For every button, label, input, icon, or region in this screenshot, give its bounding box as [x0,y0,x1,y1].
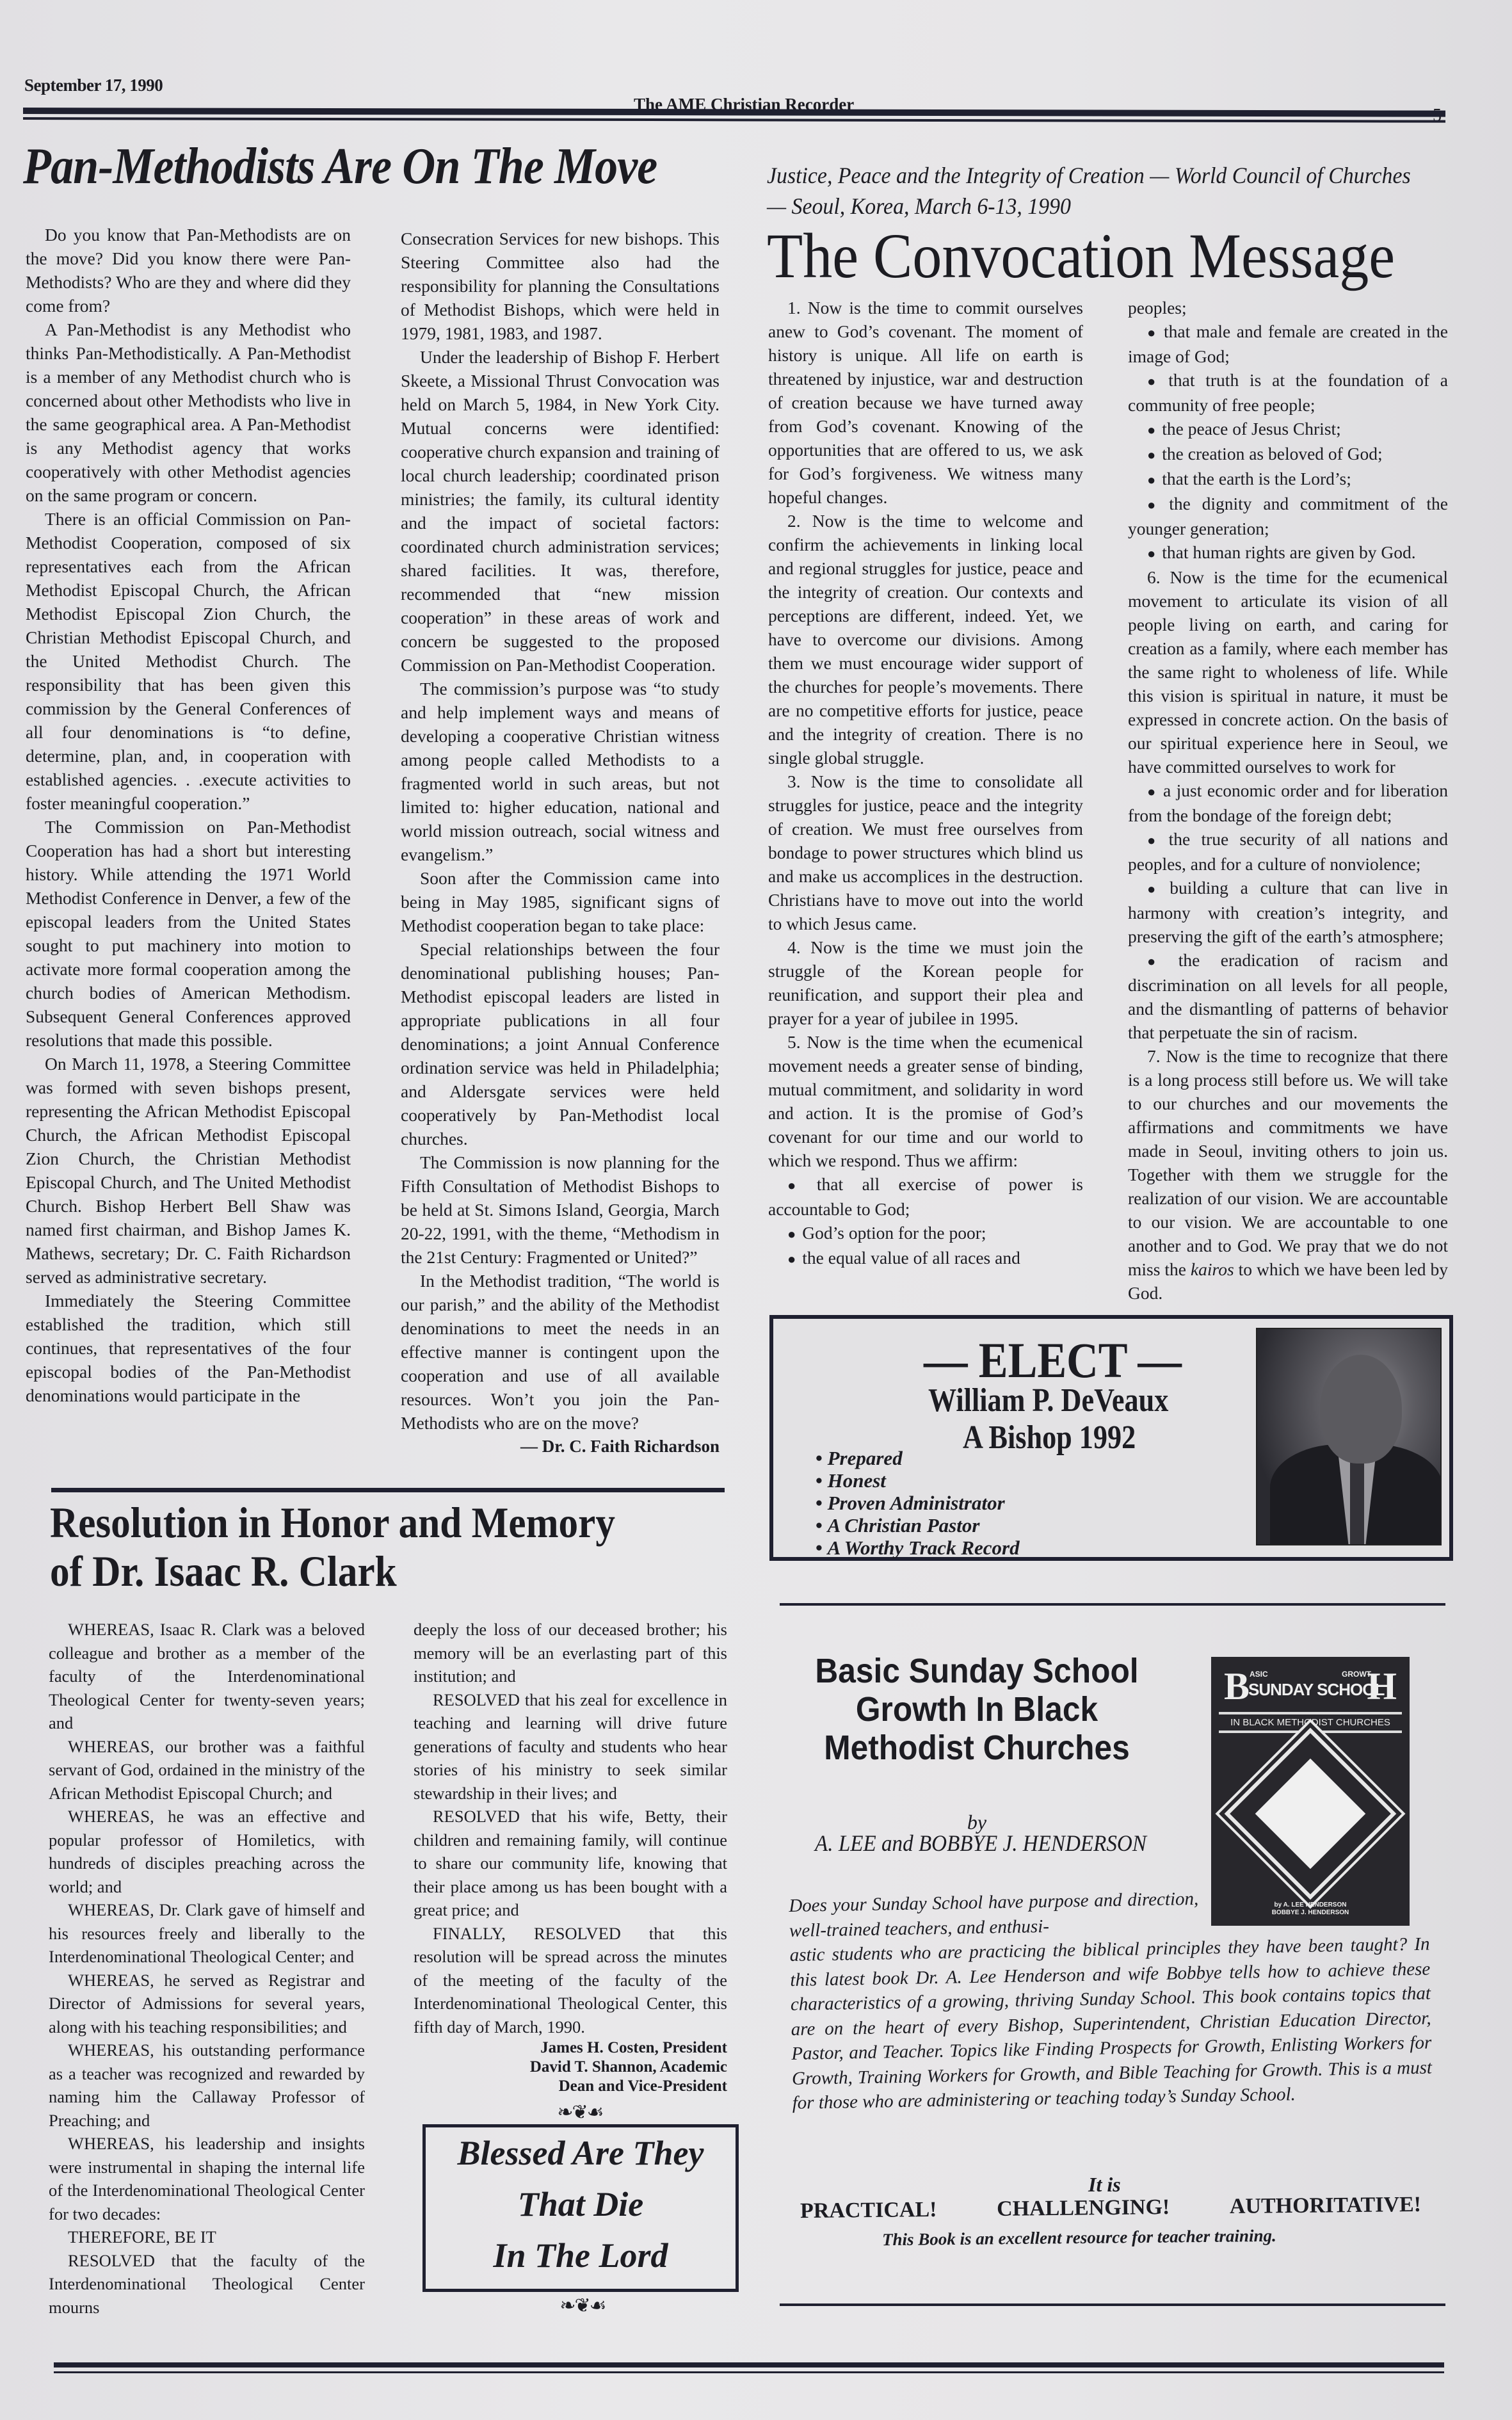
section-divider [780,1603,1445,1606]
resolution-column-1: WHEREAS, Isaac R. Clark was a beloved co… [49,1618,365,2319]
affirm-bullet: that male and female are created in the … [1128,319,1448,368]
photo-tie [1350,1457,1364,1545]
signature-line: James H. Costen, President [414,2038,727,2058]
convocation-column-2: peoples; that male and female are create… [1128,296,1448,1305]
paragraph: The commission’s purpose was “to study a… [401,677,720,866]
numbered-item: 2. Now is the time to welcome and confir… [768,509,1083,770]
blessed-line2: That Die [426,2179,736,2230]
footer-rule-thin [54,2371,1444,2373]
affirm-bullet: that all exercise of power is accountabl… [768,1172,1083,1221]
cover-sunday-school: SUNDAY SCHOOL [1248,1680,1384,1700]
cover-letter-b: B [1224,1667,1250,1706]
work-for-bullet: building a culture that can live in harm… [1128,876,1448,948]
description-body: astic students who are practicing the bi… [789,1934,1432,2113]
candidate-portrait-photo [1256,1328,1442,1545]
affirm-bullet: the peace of Jesus Christ; [1128,417,1448,442]
quality-item: Prepared [816,1447,1020,1469]
pan-methodists-column-1: Do you know that Pan-Methodists are on t… [26,223,351,1407]
affirm-bullet: that truth is at the foundation of a com… [1128,368,1448,417]
affirm-bullet: God’s option for the poor; [768,1221,1083,1246]
whereas-clause: WHEREAS, his leadership and insights wer… [49,2132,365,2225]
resolution-signatures: James H. Costen, President David T. Shan… [414,2038,727,2096]
photo-face [1320,1355,1402,1464]
sunday-school-description: Does your Sunday School have purpose and… [789,1883,1433,2116]
section-divider [51,1488,725,1492]
resolved-clause: RESOLVED that his wife, Betty, their chi… [414,1805,727,1922]
ornament-bottom: ❧❦☙ [519,2295,647,2317]
item7-text: 7. Now is the time to recognize that the… [1128,1046,1448,1279]
elect-advertisement: — ELECT — William P. DeVeaux A Bishop 19… [769,1315,1453,1561]
work-for-bullet: a just economic order and for liberation… [1128,778,1448,827]
resolution-column-2: deeply the loss of our deceased brother;… [414,1618,727,2096]
resolution-headline-line2: of Dr. Isaac R. Clark [50,1547,615,1595]
pan-methodists-headline: Pan-Methodists Are On The Move [23,138,657,196]
convocation-column-1: 1. Now is the time to commit ourselves a… [768,296,1083,1271]
whereas-clause: WHEREAS, Isaac R. Clark was a beloved co… [49,1618,365,1735]
numbered-item: 4. Now is the time we must join the stru… [768,935,1083,1030]
kairos-word: kairos [1191,1259,1234,1279]
work-for-bullet: the eradication of racism and discrimina… [1128,948,1448,1044]
resolution-headline: Resolution in Honor and Memory of Dr. Is… [50,1498,615,1595]
continuation: peoples; [1128,296,1448,319]
quality-item: Proven Administrator [816,1492,1020,1514]
paragraph: On March 11, 1978, a Steering Committee … [26,1052,351,1289]
pan-methodists-byline: — Dr. C. Faith Richardson [401,1435,720,1458]
numbered-item: 1. Now is the time to commit ourselves a… [768,296,1083,509]
whereas-clause: WHEREAS, Dr. Clark gave of himself and h… [49,1898,365,1969]
affirm-bullet: the dignity and commitment of the younge… [1128,492,1448,540]
resource-tagline: This Book is an excellent resource for t… [882,2226,1276,2250]
slogan-practical: PRACTICAL! [800,2198,937,2223]
paragraph: There is an official Commission on Pan-M… [26,507,351,815]
cover-diamond-icon [1225,1728,1397,1900]
paragraph: The Commission is now planning for the F… [401,1150,720,1269]
affirm-bullet: the creation as beloved of God; [1128,442,1448,467]
slogan-authoritative: AUTHORITATIVE! [1230,2193,1422,2219]
quality-item: Honest [816,1469,1020,1492]
resolved-clause: deeply the loss of our deceased brother;… [414,1618,727,1688]
paragraph: Do you know that Pan-Methodists are on t… [26,223,351,318]
paragraph: Under the leadership of Bishop F. Herber… [401,345,720,677]
cover-basic: ASIC [1250,1670,1268,1679]
sunday-school-book-title: Basic Sunday School Growth In Black Meth… [800,1652,1154,1767]
paragraph: The Commission on Pan-Methodist Cooperat… [26,815,351,1052]
resolved-clause: RESOLVED that the faculty of the Interde… [49,2249,365,2319]
signature-line: David T. Shannon, Academic [414,2058,727,2077]
elect-headline: — ELECT — [924,1332,1182,1389]
book-cover-title: B ASIC GROWT SUNDAY SCHOOL H [1224,1667,1397,1706]
slogan-challenging: CHALLENGING! [997,2195,1170,2222]
numbered-item: 3. Now is the time to consolidate all st… [768,770,1083,935]
section-divider [780,2303,1445,2306]
numbered-item: 6. Now is the time for the ecumenical mo… [1128,565,1448,778]
whereas-clause: WHEREAS, our brother was a faithful serv… [49,1735,365,1805]
affirm-bullet: that human rights are given by God. [1128,540,1448,565]
quality-item: A Christian Pastor [816,1514,1020,1537]
paragraph: Consecration Services for new bishops. T… [401,227,720,345]
paragraph: Immediately the Steering Committee estab… [26,1289,351,1407]
footer-rule-thick [54,2362,1444,2368]
resolution-headline-line1: Resolution in Honor and Memory [50,1498,615,1547]
resolved-clause: FINALLY, RESOLVED that this resolution w… [414,1922,727,2039]
whereas-clause: WHEREAS, he was an effective and popular… [49,1805,365,1898]
ornament-top: ❧❦☙ [516,2101,644,2124]
paragraph: Special relationships between the four d… [401,937,720,1150]
signature-line: Dean and Vice-President [414,2077,727,2096]
whereas-clause: WHEREAS, his outstanding performance as … [49,2038,365,2132]
therefore-clause: THEREFORE, BE IT [49,2225,365,2249]
header-rule-thick [23,108,1445,117]
header-rule-thin [23,117,1445,123]
whereas-clause: WHEREAS, he served as Registrar and Dire… [49,1969,365,2039]
numbered-item: 7. Now is the time to recognize that the… [1128,1044,1448,1305]
book-authors: A. LEE and BOBBYE J. HENDERSON [804,1830,1157,1857]
blessed-memorial-box: Blessed Are They That Die In The Lord [422,2124,739,2292]
work-for-bullet: the true security of all nations and peo… [1128,827,1448,876]
cover-diamond-inner [1255,1759,1366,1869]
quality-item: A Worthy Track Record [816,1537,1020,1559]
paragraph: In the Methodist tradition, “The world i… [401,1269,720,1435]
newspaper-page: September 17, 1990 The AME Christian Rec… [0,0,1512,2420]
resolved-clause: RESOLVED that his zeal for excellence in… [414,1688,727,1805]
convocation-kicker: Justice, Peace and the Integrity of Crea… [767,160,1417,222]
affirm-bullet: the equal value of all races and [768,1246,1083,1271]
affirm-bullet: that the earth is the Lord’s; [1128,467,1448,492]
book-slogans: PRACTICAL! CHALLENGING! AUTHORITATIVE! [800,2193,1421,2223]
convocation-headline: The Convocation Message [767,221,1395,291]
blessed-line1: Blessed Are They [426,2127,736,2179]
blessed-line3: In The Lord [426,2230,736,2281]
candidate-name: William P. DeVeaux [928,1382,1168,1419]
numbered-item: 5. Now is the time when the ecumenical m… [768,1030,1083,1172]
it-is-label: It is [1088,2173,1121,2197]
description-intro: Does your Sunday School have purpose and… [789,1887,1199,1943]
paragraph: Soon after the Commission came into bein… [401,866,720,937]
pan-methodists-column-2: Consecration Services for new bishops. T… [401,227,720,1458]
qualities-list: Prepared Honest Proven Administrator A C… [816,1447,1020,1559]
issue-date: September 17, 1990 [24,76,163,95]
paragraph: A Pan-Methodist is any Methodist who thi… [26,318,351,507]
cover-letter-h: H [1367,1667,1397,1706]
